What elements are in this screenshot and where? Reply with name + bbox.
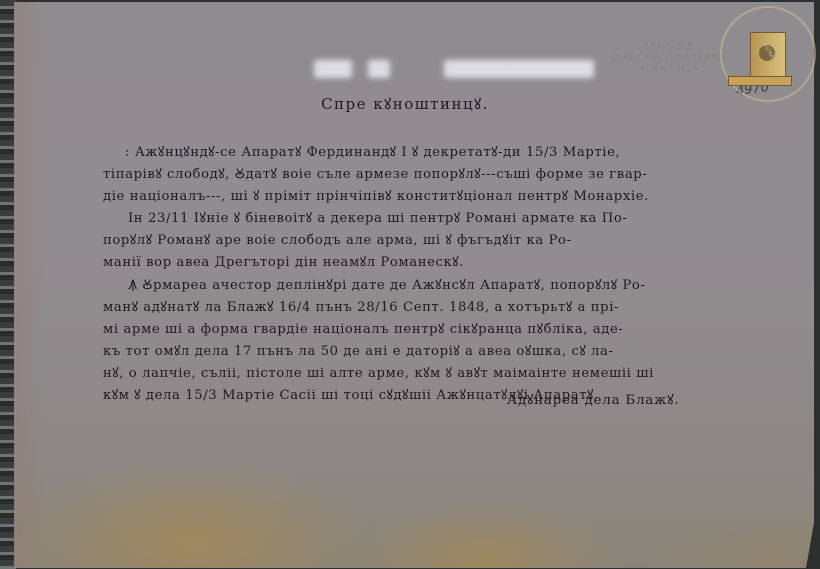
light-glare xyxy=(314,60,352,78)
stamp-line: ARHIVELE xyxy=(604,42,734,53)
light-glare xyxy=(368,60,390,78)
text-line: манꙋ адꙋнатꙋ ла Блажꙋ 16/4 пънъ 28/16 Се… xyxy=(103,297,619,315)
text-line: Ін 23/11 Іꙋніе ꙋ біневоітꙋ а декера ші п… xyxy=(128,208,628,226)
text-line: : Ажꙋнцꙋндꙋ-се Апаратꙋ Фердинандꙋ I ꙋ де… xyxy=(125,142,620,160)
archive-stamp: ARHIVELE DIRECTIA JUDETEANA ALBA-IULIA xyxy=(604,42,734,75)
stamp-line: ALBA-IULIA xyxy=(604,64,734,75)
museum-logo-watermark: ASTRA xyxy=(720,6,816,102)
text-line: діе націоналъ---, ші ꙋ пріміт прінчіпівꙋ… xyxy=(103,186,649,204)
light-glare xyxy=(444,60,594,78)
signature-line: Адꙋнареа дела Блажꙋ. xyxy=(507,390,679,408)
text-line: манії вор авеа Дрегъторі дін неамꙋл Рома… xyxy=(103,252,464,270)
stamp-line: DIRECTIA JUDETEANA xyxy=(604,53,734,64)
text-line: порꙋлꙋ Романꙋ аре воіе слободъ але арма,… xyxy=(103,230,572,248)
text-line: нꙋ, о лапчіе, съліі, пістоле ші алте арм… xyxy=(103,363,654,381)
text-line: тіпарівꙋ слободꙋ, Ꙋдатꙋ воіе съле армезе… xyxy=(103,164,647,182)
background-frame xyxy=(0,0,16,569)
text-line: къ тот омꙋл дела 17 пънъ ла 50 де ані е … xyxy=(103,341,614,359)
text-line: Ꙟ Ꙋрмареа ачестор деплінꙋрі дате де Ажꙋн… xyxy=(128,275,646,293)
text-line: мі арме ші а форма гвардіе націоналъ пен… xyxy=(103,319,623,337)
document-title: Спре кꙋноштинцꙋ. xyxy=(315,94,495,114)
